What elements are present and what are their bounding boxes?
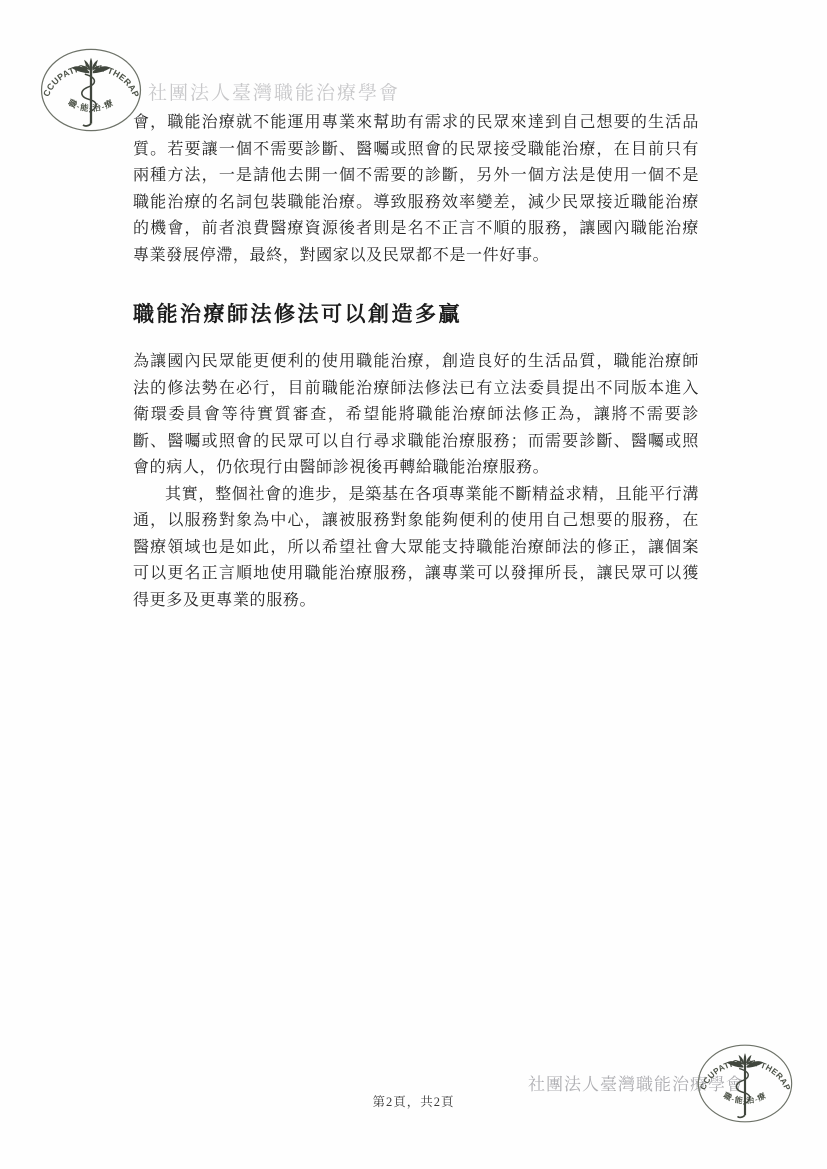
association-logo-top (38, 44, 144, 136)
paragraph-1: 會，職能治療就不能運用專業來幫助有需求的民眾來達到自己想要的生活品質。若要讓一個… (133, 110, 699, 269)
association-logo-bottom (695, 1040, 795, 1127)
section-heading: 職能治療師法修法可以創造多贏 (133, 299, 699, 329)
paragraph-3: 其實，整個社會的進步，是築基在各項專業能不斷精益求精，且能平行溝通，以服務對象為… (133, 482, 699, 615)
paragraph-2: 為讓國內民眾能更便利的使用職能治療，創造良好的生活品質，職能治療師法的修法勢在必… (133, 349, 699, 482)
document-body: 會，職能治療就不能運用專業來幫助有需求的民眾來達到自己想要的生活品質。若要讓一個… (133, 110, 699, 614)
header-watermark: 社團法人臺灣職能治療學會 (148, 78, 400, 105)
document-page: 社團法人臺灣職能治療學會 會，職能治療就不能運用專業來幫助有需求的民眾來達到自己… (0, 0, 827, 1169)
page-number: 第2頁，共2頁 (0, 1092, 827, 1110)
